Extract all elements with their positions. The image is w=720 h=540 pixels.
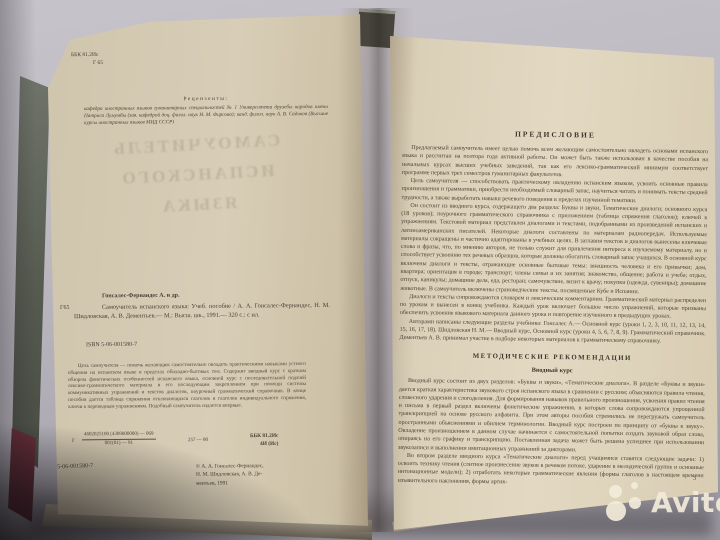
intro-course-paragraph: Вводный курс состоит из двух разделов: «… bbox=[398, 377, 705, 456]
copyright-notice: © А. А. Гонсалес-Фернандес, Н. М. Шидлов… bbox=[196, 461, 356, 488]
avito-watermark-label: Avito bbox=[651, 486, 720, 519]
reviewers-heading: Рецензенты: bbox=[84, 95, 328, 103]
title-showthrough-text: САМОУЧИТЕЛЬ ИСПАНСКОГО ЯЗЫКА bbox=[70, 124, 324, 226]
preface-paragraph: Диалоги и тексты сопровождаются словарем… bbox=[400, 293, 706, 322]
author-heading: Гонсалес-Фернандес А. и др. bbox=[102, 293, 180, 300]
preface-column: ПРЕДИСЛОВИЕ Предлагаемый самоучитель име… bbox=[398, 128, 709, 489]
bibliographic-description: Самоучитель испанского языка: Учеб. посо… bbox=[74, 302, 330, 322]
book-gutter-shadow bbox=[338, 8, 414, 532]
right-page: ПРЕДИСЛОВИЕ Предлагаемый самоучитель име… bbox=[388, 30, 718, 535]
catalog-letter: Г65 bbox=[60, 305, 70, 311]
preface-heading: ПРЕДИСЛОВИЕ bbox=[402, 128, 708, 141]
catalog-index-suffix: 257 — 90 bbox=[188, 438, 208, 443]
reviewers-block: Рецензенты: кафедра иностранных языков г… bbox=[84, 95, 328, 126]
bbk-code-top: ББК 81.2Ис bbox=[71, 52, 98, 60]
annotation-text: Цель самоучителя — помочь желающим самос… bbox=[68, 361, 306, 410]
left-page: ББК 81.2Ис Г 65 Рецензенты: кафедра инос… bbox=[38, 12, 370, 528]
preface-paragraph: Авторами написаны следующие разделы учеб… bbox=[400, 317, 706, 346]
reviewers-text: кафедра иностранных языков гуманитарных … bbox=[84, 104, 328, 126]
isbn-line: ISBN 5-06-001580-7 bbox=[86, 342, 137, 348]
preface-paragraph: Предлагаемый самоучитель имеет целью пом… bbox=[402, 144, 708, 181]
avito-logo-icon bbox=[606, 482, 644, 522]
catalog-code-top: Г 65 bbox=[93, 60, 103, 68]
udc-code-bottom: 4И (Ис) bbox=[260, 441, 278, 447]
method-recommendations-heading: МЕТОДИЧЕСКИЕ РЕКОМЕНДАЦИИ bbox=[399, 352, 705, 363]
bbk-code-bottom: ББК 81.2Ис bbox=[250, 433, 278, 439]
catalog-index-denominator: 001(01) — 91 bbox=[82, 440, 156, 448]
isbn-bottom: ISBN 5-06-001580-7 bbox=[42, 463, 93, 471]
catalog-index-fraction: 4602025100 (4309000000) — 069 001(01) — … bbox=[82, 431, 156, 448]
intro-course-subheading: Вводный курс bbox=[399, 365, 705, 376]
book-photo: ББК 81.2Ис Г 65 Рецензенты: кафедра инос… bbox=[0, 0, 720, 540]
catalog-prefix: Г bbox=[72, 438, 75, 444]
preface-paragraph: Он состоит из вводного курса, содержащег… bbox=[400, 202, 707, 297]
avito-watermark: Avito bbox=[606, 482, 720, 522]
